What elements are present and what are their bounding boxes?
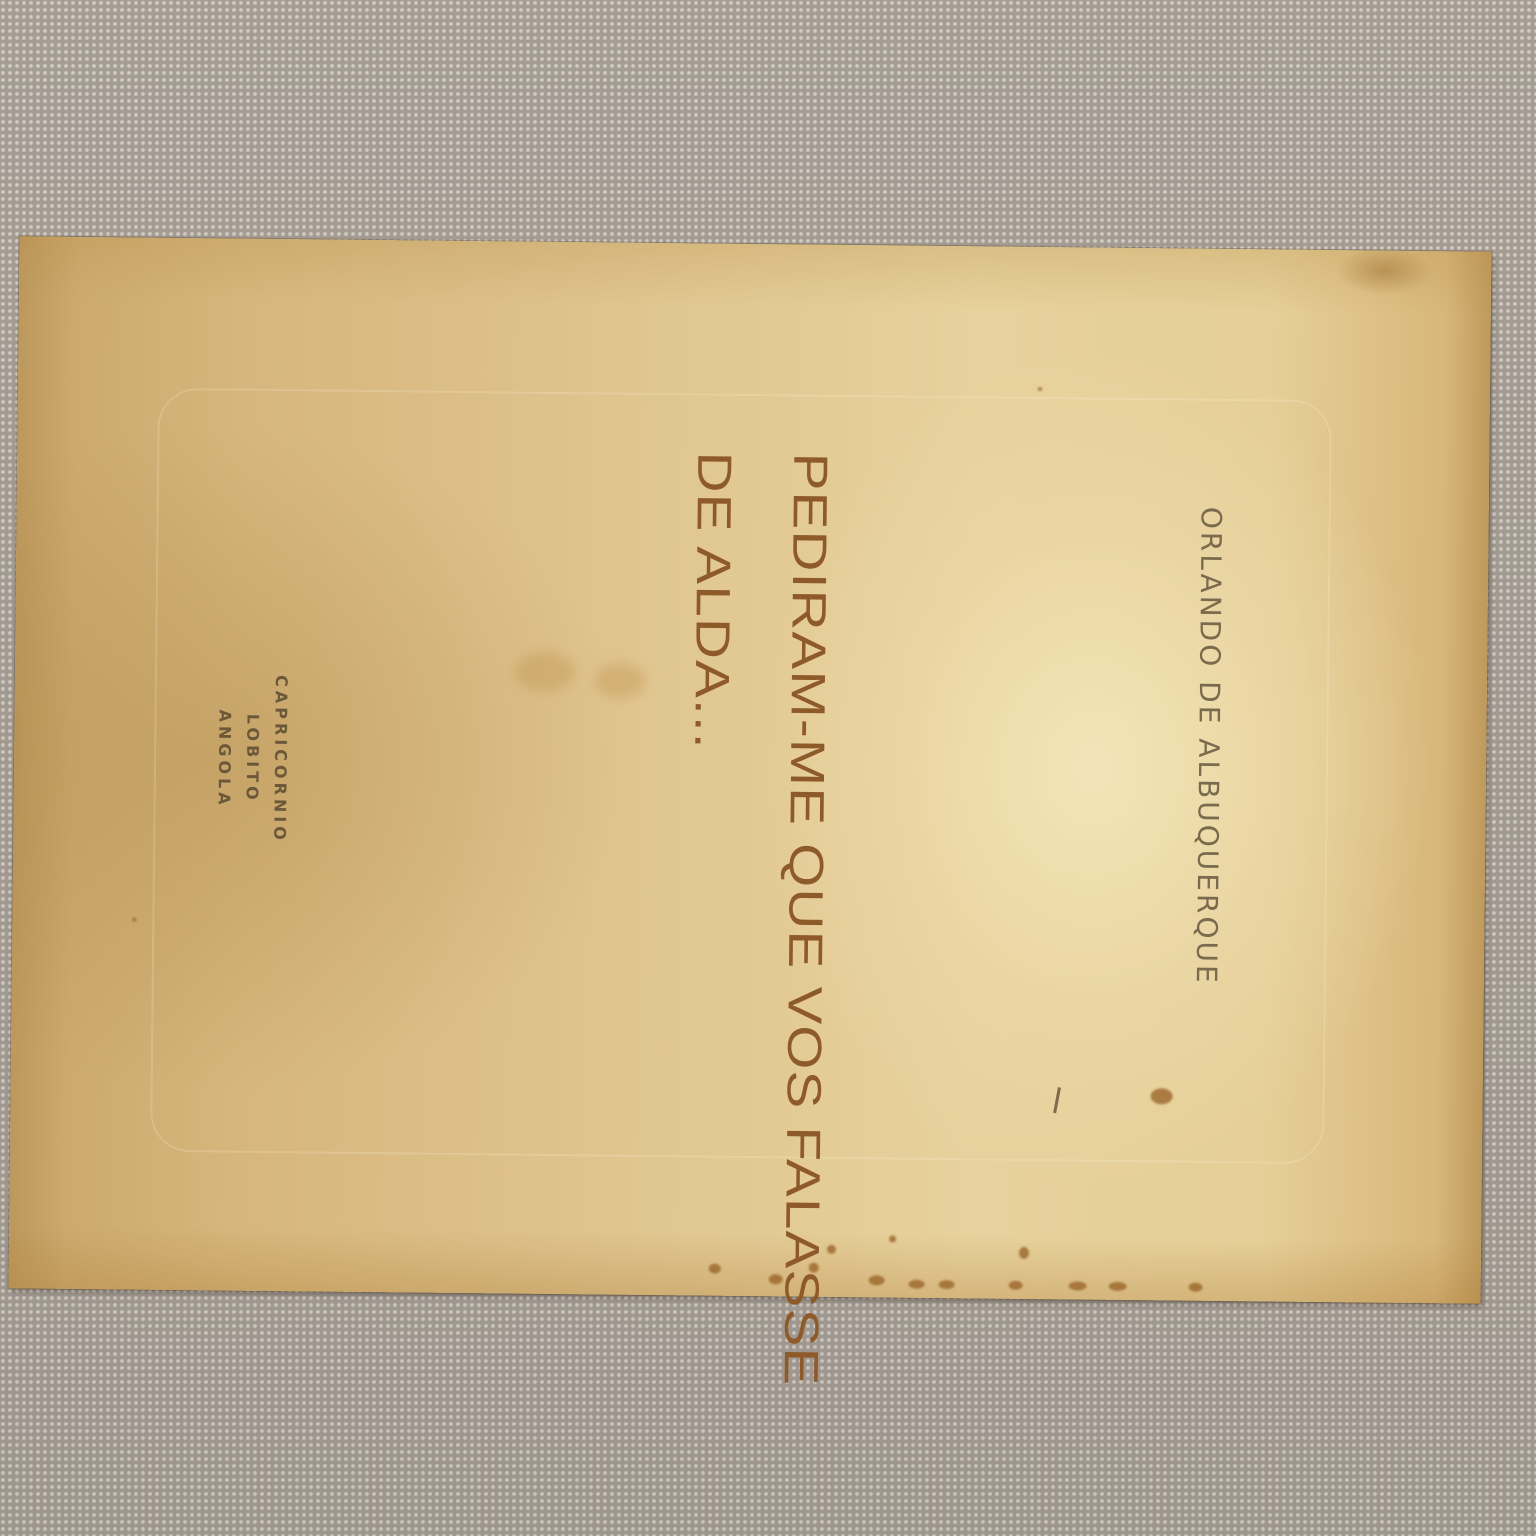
stain-spot bbox=[1038, 387, 1042, 391]
stain-spot bbox=[939, 1280, 955, 1289]
stain-spot bbox=[709, 1264, 721, 1274]
publisher-name: CAPRICORNIO bbox=[265, 675, 295, 844]
author-name: ORLANDO DE ALBUQUERQUE bbox=[1190, 507, 1228, 986]
booklet-cover: ORLANDO DE ALBUQUERQUE PEDIRAM-ME QUE VO… bbox=[9, 236, 1492, 1303]
scratch-mark bbox=[1053, 1087, 1061, 1113]
stain-spot bbox=[827, 1245, 836, 1254]
stain-spot bbox=[1019, 1247, 1029, 1259]
title-line-2: DE ALDA... bbox=[656, 451, 762, 1386]
stain-spot bbox=[1151, 1088, 1173, 1104]
stain-spot bbox=[132, 918, 136, 922]
stain-spot bbox=[1189, 1283, 1203, 1292]
stain-blotch bbox=[595, 662, 645, 699]
publisher-country: ANGOLA bbox=[209, 674, 239, 843]
stain-spot bbox=[769, 1274, 783, 1284]
stain-spot bbox=[809, 1263, 819, 1273]
stain-spot bbox=[1069, 1281, 1087, 1290]
title-line-1: PEDIRAM-ME QUE VOS FALASSE bbox=[752, 452, 858, 1387]
stain-spot bbox=[909, 1280, 925, 1289]
stain-spot bbox=[889, 1235, 896, 1242]
stain-spot bbox=[869, 1275, 885, 1285]
publisher-imprint: CAPRICORNIO LOBITO ANGOLA bbox=[209, 674, 295, 844]
stain-blotch bbox=[515, 652, 575, 693]
stain-spot bbox=[1009, 1281, 1023, 1290]
publisher-city: LOBITO bbox=[237, 675, 267, 844]
stain-spot bbox=[1109, 1282, 1127, 1291]
